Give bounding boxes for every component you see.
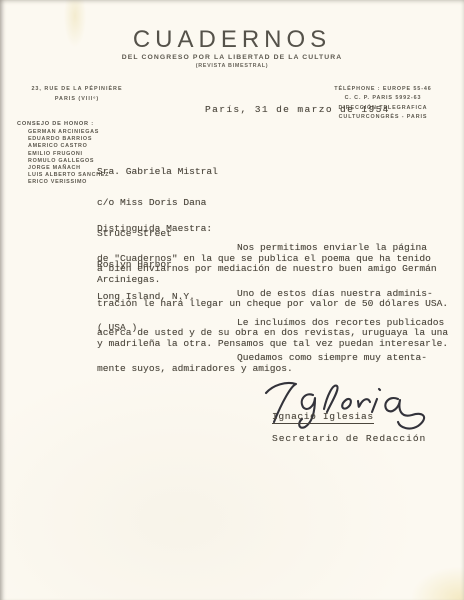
sender-address-street: 23, RUE DE LA PÉPINIÈRE: [18, 85, 136, 95]
sender-address-city: PARIS (VIIIᵉ): [18, 95, 136, 105]
sender-address: 23, RUE DE LA PÉPINIÈRE PARIS (VIIIᵉ): [18, 85, 136, 104]
signer-typed-name: Ignacio Iglesias: [272, 412, 374, 424]
body-line: tración le hará llegar un cheque por val…: [97, 299, 448, 309]
magazine-title: CUADERNOS: [0, 26, 464, 54]
body-line: mente suyos, admiradores y amigos.: [97, 364, 293, 374]
scanned-letter-page: CUADERNOS DEL CONGRESO POR LA LIBERTAD D…: [0, 0, 464, 600]
edition-note: (REVISTA BIMESTRAL): [0, 63, 464, 69]
recipient-address-block: Sra. Gabriela Mistral c/o Miss Doris Dan…: [97, 146, 218, 354]
council-member: GERMAN ARCINIEGAS: [28, 129, 109, 136]
telephone-line: TÉLÉPHONE : EUROPE 55-46: [308, 85, 458, 94]
body-line: acerca de usted y de su obra en dos revi…: [97, 328, 448, 338]
body-line: Arciniegas.: [97, 275, 160, 285]
body-line: Quedamos como siempre muy atenta-: [237, 353, 427, 363]
salutation: Distinguida Maestra:: [97, 224, 212, 234]
body-line: y madrileña la otra. Pensamos que tal ve…: [97, 339, 448, 349]
dateline: París, 31 de marzo de 1954: [205, 105, 390, 115]
council-member: EDUARDO BARRIOS: [28, 136, 109, 143]
organization-subtitle: DEL CONGRESO POR LA LIBERTAD DE LA CULTU…: [0, 54, 464, 61]
recipient-careof: c/o Miss Doris Dana: [97, 198, 218, 208]
council-heading: CONSEJO DE HONOR :: [17, 121, 94, 127]
body-line: a bien enviarnos por mediación de nuestr…: [97, 264, 437, 274]
ccp-line: C. C. P. PARIS 5992-63: [308, 94, 458, 103]
signer-title: Secretario de Redacción: [272, 434, 426, 444]
body-line: Nos permitimos enviarle la página: [237, 243, 427, 253]
recipient-name: Sra. Gabriela Mistral: [97, 167, 218, 177]
handwritten-signature-icon: [258, 376, 436, 434]
